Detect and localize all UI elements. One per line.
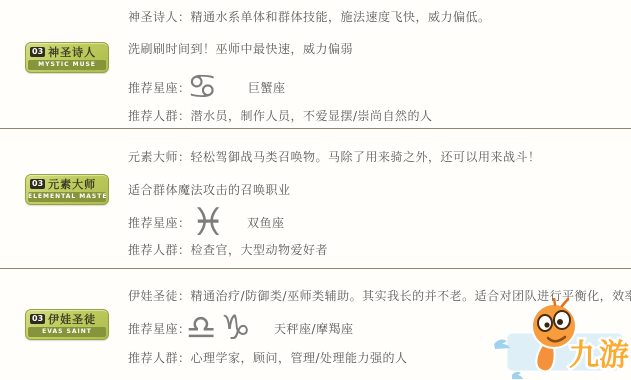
ninegame-watermark-logo: 九游 [492,298,631,380]
section-divider [0,128,631,129]
class-badge-mystic-muse: 03 神圣诗人 MYSTIC MUSE [25,42,109,73]
section-divider [0,268,631,269]
cancer-zodiac-icon: ♋ [187,70,221,104]
audience-line: 推荐人群：心理学家，顾问，管理/处理能力强的人 [128,350,408,367]
class-badge-elemental-master: 03 元素大师 ELEMENTAL MASTER [25,174,109,205]
class-note: 洗刷刷时间到！巫师中最快速，威力偏弱 [128,41,353,58]
class-note: 适合群体魔法攻击的召唤职业 [128,182,291,199]
badge-class-name-en: ELEMENTAL MASTER [28,192,106,202]
badge-class-name: 伊娃圣徒 [48,311,96,327]
badge-number: 03 [30,47,45,57]
pisces-zodiac-icon: ♓ [191,203,229,241]
audience-line: 推荐人群：检查官，大型动物爱好者 [128,242,328,259]
badge-number: 03 [30,179,45,189]
class-description: 神圣诗人：精通水系单体和群体技能，施法速度飞快，威力偏低。 [128,9,491,26]
brand-text: 九游 [569,338,629,373]
zodiac-label: 推荐星座： [128,80,191,97]
badge-class-name-en: EVAS SAINT [28,327,106,337]
zodiac-label: 推荐星座： [128,321,191,338]
badge-class-name-en: MYSTIC MUSE [28,60,106,70]
zodiac-name: 巨蟹座 [248,80,286,97]
badge-class-name: 元素大师 [48,176,96,192]
badge-header: 03 元素大师 [26,175,108,191]
class-badge-evas-saint: 03 伊娃圣徒 EVAS SAINT [25,309,109,340]
zodiac-name: 双鱼座 [247,215,285,232]
guide-page: 03 神圣诗人 MYSTIC MUSE 神圣诗人：精通水系单体和群体技能，施法速… [0,0,631,380]
badge-header: 03 伊娃圣徒 [26,310,108,326]
badge-number: 03 [30,314,45,324]
audience-line: 推荐人群：潜水员，制作人员，不爱显摆/崇尚自然的人 [128,108,433,125]
zodiac-label: 推荐星座： [128,215,191,232]
badge-header: 03 神圣诗人 [26,43,108,59]
badge-class-name: 神圣诗人 [48,44,96,60]
libra-capricorn-zodiac-icons: ♎♑ [186,311,255,345]
zodiac-name: 天秤座/摩羯座 [274,321,354,338]
class-description: 元素大师：轻松驾御战马类召唤物。马除了用来骑之外，还可以用来战斗！ [128,149,541,166]
